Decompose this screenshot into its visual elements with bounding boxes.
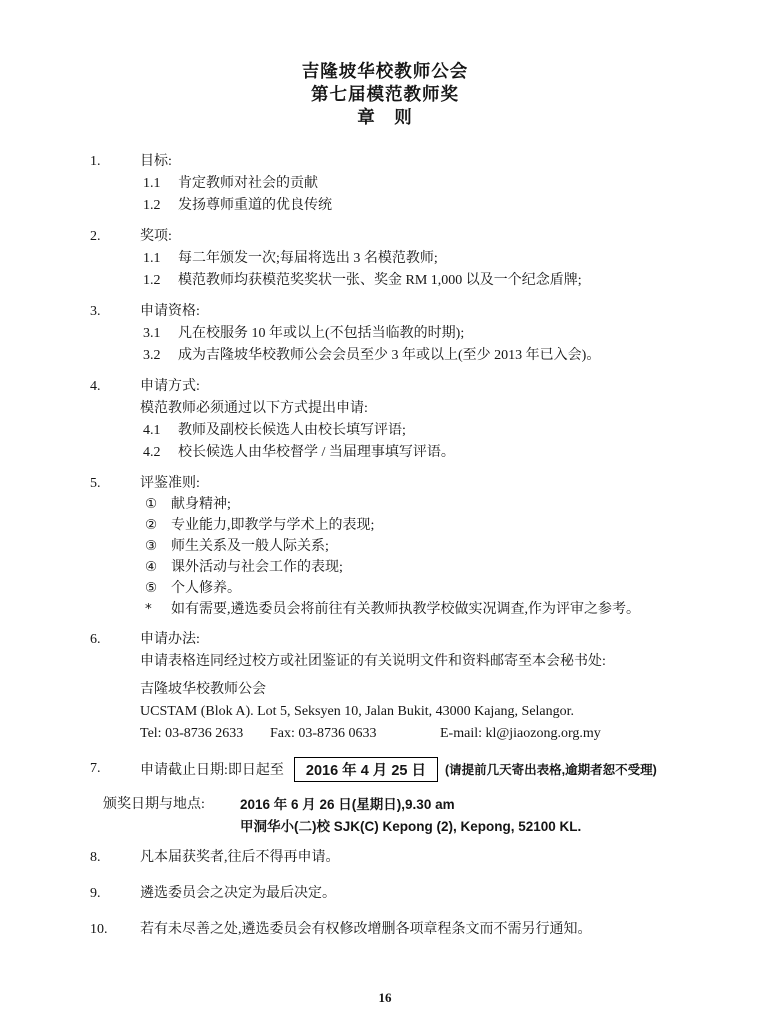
tel-text: Tel: 03-8736 2633 xyxy=(140,723,270,745)
deadline-note: (请提前几天寄出表格,逾期者恕不受理) xyxy=(445,760,657,778)
section-number: 8. xyxy=(90,847,140,869)
section-text: 若有未尽善之处,遴选委员会有权修改增删各项章程条文而不需另行通知。 xyxy=(140,919,770,941)
section-intro-row: 申请表格连同经过校方或社团鉴证的有关说明文件和资料邮寄至本会秘书处: xyxy=(0,651,770,673)
item-number: 1.1 xyxy=(143,173,178,195)
section-text: 凡本届获奖者,往后不得再申请。 xyxy=(140,847,770,869)
list-item: ① 献身精神; xyxy=(0,494,770,515)
list-item: 1.1 每二年颁发一次;每届将选出 3 名模范教师; xyxy=(0,248,770,270)
title-line-2: 第七届模范教师奖 xyxy=(0,83,770,106)
section-5-criteria: 5. 评鉴准则: ① 献身精神; ② 专业能力,即教学与学术上的表现; ③ 师生… xyxy=(0,473,770,620)
section-6-how-to-apply: 6. 申请办法: 申请表格连同经过校方或社团鉴证的有关说明文件和资料邮寄至本会秘… xyxy=(0,629,770,745)
list-item: 4.1 教师及副校长候选人由校长填写评语; xyxy=(0,420,770,442)
item-text: 师生关系及一般人际关系; xyxy=(171,536,770,557)
section-heading-row: 3. 申请资格: xyxy=(0,301,770,323)
item-number: 1.2 xyxy=(143,270,178,292)
list-item: 3.1 凡在校服务 10 年或以上(不包括当临教的时期); xyxy=(0,323,770,345)
item-text: 每二年颁发一次;每届将选出 3 名模范教师; xyxy=(178,248,770,270)
item-text: 凡在校服务 10 年或以上(不包括当临教的时期); xyxy=(178,323,770,345)
section-10-amendments: 10. 若有未尽善之处,遴选委员会有权修改增删各项章程条文而不需另行通知。 xyxy=(0,919,770,941)
fax-text: Fax: 03-8736 0633 xyxy=(270,723,440,745)
item-number: 1.1 xyxy=(143,248,178,270)
list-item: 1.2 发扬尊师重道的优良传统 xyxy=(0,195,770,217)
circled-number: ⑤ xyxy=(145,578,171,599)
list-item: ⑤ 个人修养。 xyxy=(0,578,770,599)
deadline-prefix: 申请截止日期:即日起至 xyxy=(140,759,284,779)
section-number: 4. xyxy=(90,376,140,398)
list-item-note: * 如有需要,遴选委员会将前往有关教师执教学校做实况调查,作为评审之参考。 xyxy=(0,599,770,620)
title-line-1: 吉隆坡华校教师公会 xyxy=(0,60,770,83)
contact-address-row: UCSTAM (Blok A). Lot 5, Seksyen 10, Jala… xyxy=(0,701,770,723)
section-heading: 奖项: xyxy=(140,226,770,248)
contact-phone-row: Tel: 03-8736 2633 Fax: 03-8736 0633 E-ma… xyxy=(140,723,770,745)
circled-number: ③ xyxy=(145,536,171,557)
item-text: 献身精神; xyxy=(171,494,770,515)
item-number: 1.2 xyxy=(143,195,178,217)
award-ceremony-block: 颁奖日期与地点: 2016 年 6 月 26 日(星期日),9.30 am 甲洞… xyxy=(103,794,770,838)
section-heading: 申请办法: xyxy=(140,629,770,651)
section-heading: 申请方式: xyxy=(140,376,770,398)
section-row: 9. 遴选委员会之决定为最后决定。 xyxy=(0,883,770,905)
list-item: ② 专业能力,即教学与学术上的表现; xyxy=(0,515,770,536)
section-number: 6. xyxy=(90,629,140,651)
asterisk-marker: * xyxy=(145,599,171,620)
section-heading: 评鉴准则: xyxy=(140,473,770,494)
section-heading-row: 5. 评鉴准则: xyxy=(0,473,770,494)
award-details: 2016 年 6 月 26 日(星期日),9.30 am 甲洞华小(二)校 SJ… xyxy=(240,794,770,838)
list-item: 4.2 校长候选人由华校督学 / 当届理事填写评语。 xyxy=(0,442,770,464)
list-item: 1.1 肯定教师对社会的贡献 xyxy=(0,173,770,195)
section-intro: 申请表格连同经过校方或社团鉴证的有关说明文件和资料邮寄至本会秘书处: xyxy=(140,651,770,673)
item-number: 3.2 xyxy=(143,345,178,367)
section-7-deadline: 7. 申请截止日期:即日起至 2016 年 4 月 25 日 (请提前几天寄出表… xyxy=(0,754,770,838)
document-title: 吉隆坡华校教师公会 第七届模范教师奖 章 则 xyxy=(0,60,770,129)
circled-number: ④ xyxy=(145,557,171,578)
section-heading: 目标: xyxy=(140,151,770,173)
section-number: 10. xyxy=(90,919,140,941)
section-3-eligibility: 3. 申请资格: 3.1 凡在校服务 10 年或以上(不包括当临教的时期); 3… xyxy=(0,301,770,367)
item-text: 发扬尊师重道的优良传统 xyxy=(178,195,770,217)
section-row: 10. 若有未尽善之处,遴选委员会有权修改增删各项章程条文而不需另行通知。 xyxy=(0,919,770,941)
list-item: ④ 课外活动与社会工作的表现; xyxy=(0,557,770,578)
award-label: 颁奖日期与地点: xyxy=(103,794,240,838)
section-1-goals: 1. 目标: 1.1 肯定教师对社会的贡献 1.2 发扬尊师重道的优良传统 xyxy=(0,151,770,217)
section-intro-row: 模范教师必须通过以下方式提出申请: xyxy=(0,398,770,420)
item-text: 模范教师均获模范奖奖状一张、奖金 RM 1,000 以及一个纪念盾牌; xyxy=(178,270,770,292)
list-item: ③ 师生关系及一般人际关系; xyxy=(0,536,770,557)
section-heading-row: 2. 奖项: xyxy=(0,226,770,248)
item-number: 4.2 xyxy=(143,442,178,464)
email-text: E-mail: kl@jiaozong.org.my xyxy=(440,723,601,745)
organization-name: 吉隆坡华校教师公会 xyxy=(140,679,770,701)
item-text: 课外活动与社会工作的表现; xyxy=(171,557,770,578)
document-page: 吉隆坡华校教师公会 第七届模范教师奖 章 则 1. 目标: 1.1 肯定教师对社… xyxy=(0,0,770,1024)
award-datetime: 2016 年 6 月 26 日(星期日),9.30 am xyxy=(240,794,770,816)
section-heading: 申请资格: xyxy=(140,301,770,323)
contact-org-row: 吉隆坡华校教师公会 xyxy=(0,679,770,701)
item-number: 3.1 xyxy=(143,323,178,345)
document-content: 吉隆坡华校教师公会 第七届模范教师奖 章 则 1. 目标: 1.1 肯定教师对社… xyxy=(0,0,770,941)
item-text: 教师及副校长候选人由校长填写评语; xyxy=(178,420,770,442)
section-4-application-method: 4. 申请方式: 模范教师必须通过以下方式提出申请: 4.1 教师及副校长候选人… xyxy=(0,376,770,464)
item-text: 专业能力,即教学与学术上的表现; xyxy=(171,515,770,536)
item-text: 校长候选人由华校督学 / 当届理事填写评语。 xyxy=(178,442,770,464)
item-number: 4.1 xyxy=(143,420,178,442)
section-number: 7. xyxy=(90,761,140,777)
address-text: UCSTAM (Blok A). Lot 5, Seksyen 10, Jala… xyxy=(140,701,770,723)
section-heading-row: 6. 申请办法: xyxy=(0,629,770,651)
deadline-row: 7. 申请截止日期:即日起至 2016 年 4 月 25 日 (请提前几天寄出表… xyxy=(0,754,770,784)
section-2-awards: 2. 奖项: 1.1 每二年颁发一次;每届将选出 3 名模范教师; 1.2 模范… xyxy=(0,226,770,292)
page-number: 16 xyxy=(0,990,770,1006)
item-text: 成为吉隆坡华校教师公会会员至少 3 年或以上(至少 2013 年已入会)。 xyxy=(178,345,770,367)
award-venue: 甲洞华小(二)校 SJK(C) Kepong (2), Kepong, 5210… xyxy=(240,816,770,838)
section-row: 8. 凡本届获奖者,往后不得再申请。 xyxy=(0,847,770,869)
section-number: 3. xyxy=(90,301,140,323)
circled-number: ① xyxy=(145,494,171,515)
section-heading-row: 1. 目标: xyxy=(0,151,770,173)
section-8-no-reapply: 8. 凡本届获奖者,往后不得再申请。 xyxy=(0,847,770,869)
section-number: 1. xyxy=(90,151,140,173)
section-number: 5. xyxy=(90,473,140,494)
list-item: 1.2 模范教师均获模范奖奖状一张、奖金 RM 1,000 以及一个纪念盾牌; xyxy=(0,270,770,292)
circled-number: ② xyxy=(145,515,171,536)
section-number: 2. xyxy=(90,226,140,248)
section-number: 9. xyxy=(90,883,140,905)
item-text: 肯定教师对社会的贡献 xyxy=(178,173,770,195)
deadline-date-box: 2016 年 4 月 25 日 xyxy=(294,757,438,782)
section-heading-row: 4. 申请方式: xyxy=(0,376,770,398)
list-item: 3.2 成为吉隆坡华校教师公会会员至少 3 年或以上(至少 2013 年已入会)… xyxy=(0,345,770,367)
section-9-final-decision: 9. 遴选委员会之决定为最后决定。 xyxy=(0,883,770,905)
section-intro: 模范教师必须通过以下方式提出申请: xyxy=(140,398,770,420)
item-text: 个人修养。 xyxy=(171,578,770,599)
item-text: 如有需要,遴选委员会将前往有关教师执教学校做实况调查,作为评审之参考。 xyxy=(171,599,770,620)
section-text: 遴选委员会之决定为最后决定。 xyxy=(140,883,770,905)
title-line-3: 章 则 xyxy=(0,106,770,129)
